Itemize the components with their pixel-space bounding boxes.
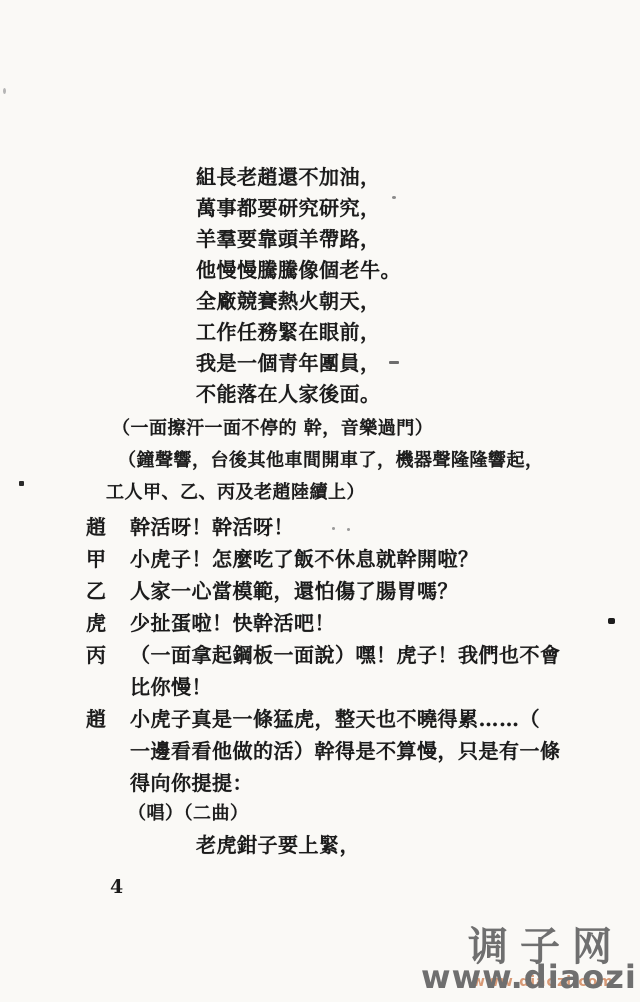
dialogue-row: 比你慢！	[0, 671, 640, 703]
lyric-line: 他慢慢騰騰像個老牛。	[196, 255, 401, 286]
ink-speck	[347, 528, 350, 531]
dialogue-block: 趙 幹活呀！幹活呀！ 甲 小虎子！怎麼吃了飯不休息就幹開啦？ 乙 人家一心當模範…	[0, 511, 640, 799]
dialogue-speaker: 乙	[86, 575, 107, 607]
ink-speck	[3, 88, 6, 94]
dialogue-row: 趙 小虎子真是一條猛虎，整天也不曉得累……（	[0, 703, 640, 735]
dialogue-row: 趙 幹活呀！幹活呀！	[0, 511, 640, 543]
ink-speck	[19, 481, 24, 486]
dialogue-line: 小虎子真是一條猛虎，整天也不曉得累……（	[130, 703, 540, 735]
ink-speck	[389, 361, 399, 364]
dialogue-line: 一邊看看他做的活）幹得是不算慢，只是有一條	[130, 735, 561, 767]
dialogue-line: 得向你提提：	[130, 767, 253, 799]
dialogue-row: 得向你提提：	[0, 767, 640, 799]
stage-directions: （一面擦汗一面不停的 幹，音樂過門） （鐘聲響，台後其他車間開車了，機器聲隆隆響…	[112, 413, 544, 509]
dialogue-line: 小虎子！怎麼吃了飯不休息就幹開啦？	[130, 543, 479, 575]
lyric-line: 老虎鉗子要上緊，	[196, 830, 360, 861]
dialogue-speaker: 趙	[86, 511, 107, 543]
lyric-line: 我是一個青年團員，	[196, 348, 401, 379]
dialogue-line: 少扯蛋啦！快幹活吧！	[130, 607, 335, 639]
lyric-line: 工作任務緊在眼前，	[196, 317, 401, 348]
stage-direction-line: （一面擦汗一面不停的 幹，音樂過門）	[112, 413, 544, 445]
dialogue-row: 一邊看看他做的活）幹得是不算慢，只是有一條	[0, 735, 640, 767]
lyrics-block-1: 組長老趙還不加油， 萬事都要研究研究， 羊羣要靠頭羊帶路， 他慢慢騰騰像個老牛。…	[196, 162, 401, 410]
stage-direction-line: （鐘聲響，台後其他車間開車了，機器聲隆隆響起，	[118, 445, 544, 477]
scanned-script-page: 組長老趙還不加油， 萬事都要研究研究， 羊羣要靠頭羊帶路， 他慢慢騰騰像個老牛。…	[0, 0, 640, 1002]
dialogue-line: （一面拿起鋼板一面說）嘿！虎子！我們也不會	[130, 639, 561, 671]
watermark-site-name: 调子网	[468, 915, 624, 972]
ink-speck	[392, 196, 396, 199]
dialogue-row: 丙 （一面拿起鋼板一面說）嘿！虎子！我們也不會	[0, 639, 640, 671]
lyric-line: 不能落在人家後面。	[196, 379, 401, 410]
dialogue-line: 幹活呀！幹活呀！	[130, 511, 294, 543]
dialogue-row: 虎 少扯蛋啦！快幹活吧！	[0, 607, 640, 639]
dialogue-row: 乙 人家一心當模範，還怕傷了腸胃嗎？	[0, 575, 640, 607]
dialogue-speaker: 丙	[86, 639, 107, 671]
ink-speck	[332, 527, 335, 530]
page-number: 4	[110, 876, 123, 898]
dialogue-speaker: 虎	[86, 607, 107, 639]
stage-direction-line: 工人甲、乙、丙及老趙陸續上）	[106, 477, 544, 509]
dialogue-speaker: 甲	[86, 543, 107, 575]
ink-speck	[608, 618, 615, 624]
dialogue-speaker: 趙	[86, 703, 107, 735]
lyrics-block-2: 老虎鉗子要上緊，	[196, 830, 360, 861]
dialogue-line: 比你慢！	[130, 671, 212, 703]
lyric-line: 羊羣要靠頭羊帶路，	[196, 224, 401, 255]
lyric-line: 組長老趙還不加油，	[196, 162, 401, 193]
song-cue: （唱）（二曲）	[128, 799, 249, 825]
lyric-line: 全廠競賽熱火朝天，	[196, 286, 401, 317]
dialogue-line: 人家一心當模範，還怕傷了腸胃嗎？	[130, 575, 458, 607]
dialogue-row: 甲 小虎子！怎麼吃了飯不休息就幹開啦？	[0, 543, 640, 575]
lyric-line: 萬事都要研究研究，	[196, 193, 401, 224]
